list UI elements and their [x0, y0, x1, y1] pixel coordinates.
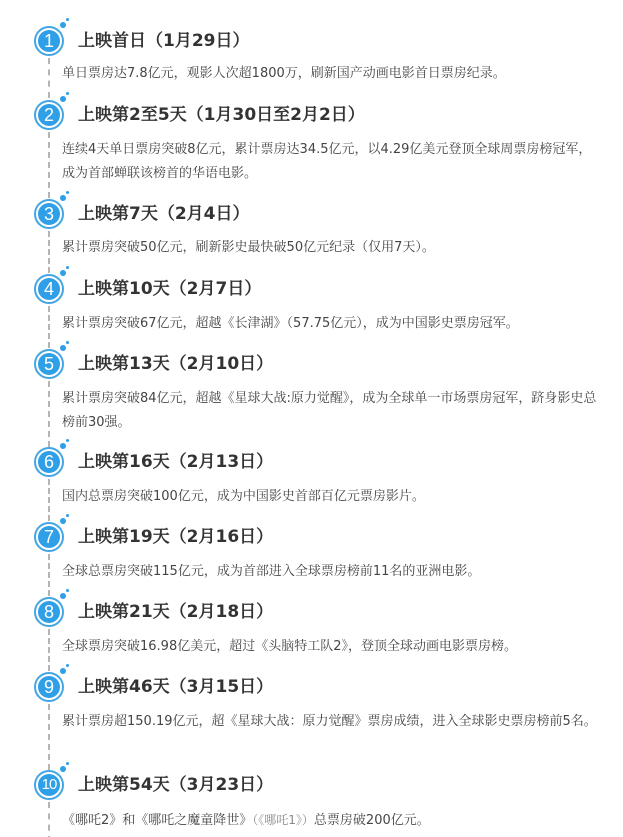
number-badge-icon: 9 [34, 672, 64, 702]
milestone-title: 上映第7天（2月4日） [78, 203, 250, 225]
milestone-description: 累计票房突破50亿元，刷新影史最快破50亿元纪录（仅用7天）。 [62, 236, 602, 260]
milestone-description: 全球总票房突破115亿元，成为首部进入全球票房榜前11名的亚洲电影。 [62, 560, 602, 584]
milestone-description: 全球票房突破16.98亿美元，超过《头脑特工队2》，登顶全球动画电影票房榜。 [62, 635, 602, 659]
dashed-connector [48, 381, 50, 447]
number-badge-icon: 8 [34, 597, 64, 627]
dashed-connector [48, 802, 50, 837]
milestone-title: 上映首日（1月29日） [78, 30, 250, 52]
milestone-title: 上映第21天（2月18日） [78, 601, 273, 623]
milestone-title: 上映第54天（3月23日） [78, 774, 273, 796]
description-note: （《哪吒1》） [252, 813, 314, 827]
dashed-connector [48, 306, 50, 348]
milestone-description: 累计票房突破84亿元，超越《星球大战:原力觉醒》，成为全球单一市场票房冠军，跻身… [62, 387, 602, 435]
number-badge-icon: 6 [34, 447, 64, 477]
dashed-connector [48, 629, 50, 671]
dashed-connector [48, 554, 50, 596]
description-text: 总票房破200亿元。 [314, 813, 430, 828]
milestone-title: 上映第16天（2月13日） [78, 451, 273, 473]
milestone-description: 累计票房超150.19亿元，超《星球大战：原力觉醒》票房成绩，进入全球影史票房榜… [62, 710, 602, 734]
number-badge-icon: 1 [34, 26, 64, 56]
number-badge-icon: 3 [34, 199, 64, 229]
dashed-connector [48, 479, 50, 521]
number-badge-icon: 7 [34, 522, 64, 552]
milestone-title: 上映第10天（2月7日） [78, 278, 261, 300]
number-badge-icon: 5 [34, 349, 64, 379]
milestone-title: 上映第13天（2月10日） [78, 353, 273, 375]
milestone-title: 上映第19天（2月16日） [78, 526, 273, 548]
dashed-connector [48, 58, 50, 98]
milestone-title: 上映第46天（3月15日） [78, 676, 273, 698]
milestone-description: 连续4天单日票房突破8亿元，累计票房达34.5亿元，以4.29亿美元登顶全球周票… [62, 138, 602, 186]
number-badge-icon: 4 [34, 274, 64, 304]
milestone-description: 国内总票房突破100亿元，成为中国影史首部百亿元票房影片。 [62, 485, 602, 509]
description-text: 《哪吒2》和《哪吒之魔童降世》 [62, 813, 252, 828]
dashed-connector [48, 132, 50, 198]
dashed-connector [48, 704, 50, 770]
milestone-description: 单日票房达7.8亿元，观影人次超1800万，刷新国产动画电影首日票房纪录。 [62, 62, 602, 86]
milestone-description: 《哪吒2》和《哪吒之魔童降世》（《哪吒1》）总票房破200亿元。 [62, 808, 602, 833]
dashed-connector [48, 231, 50, 273]
milestone-description: 累计票房突破67亿元，超越《长津湖》（57.75亿元），成为中国影史票房冠军。 [62, 312, 602, 336]
number-badge-icon: 2 [34, 100, 64, 130]
number-badge-icon: 10 [34, 770, 64, 800]
milestone-title: 上映第2至5天（1月30日至2月2日） [78, 104, 365, 126]
